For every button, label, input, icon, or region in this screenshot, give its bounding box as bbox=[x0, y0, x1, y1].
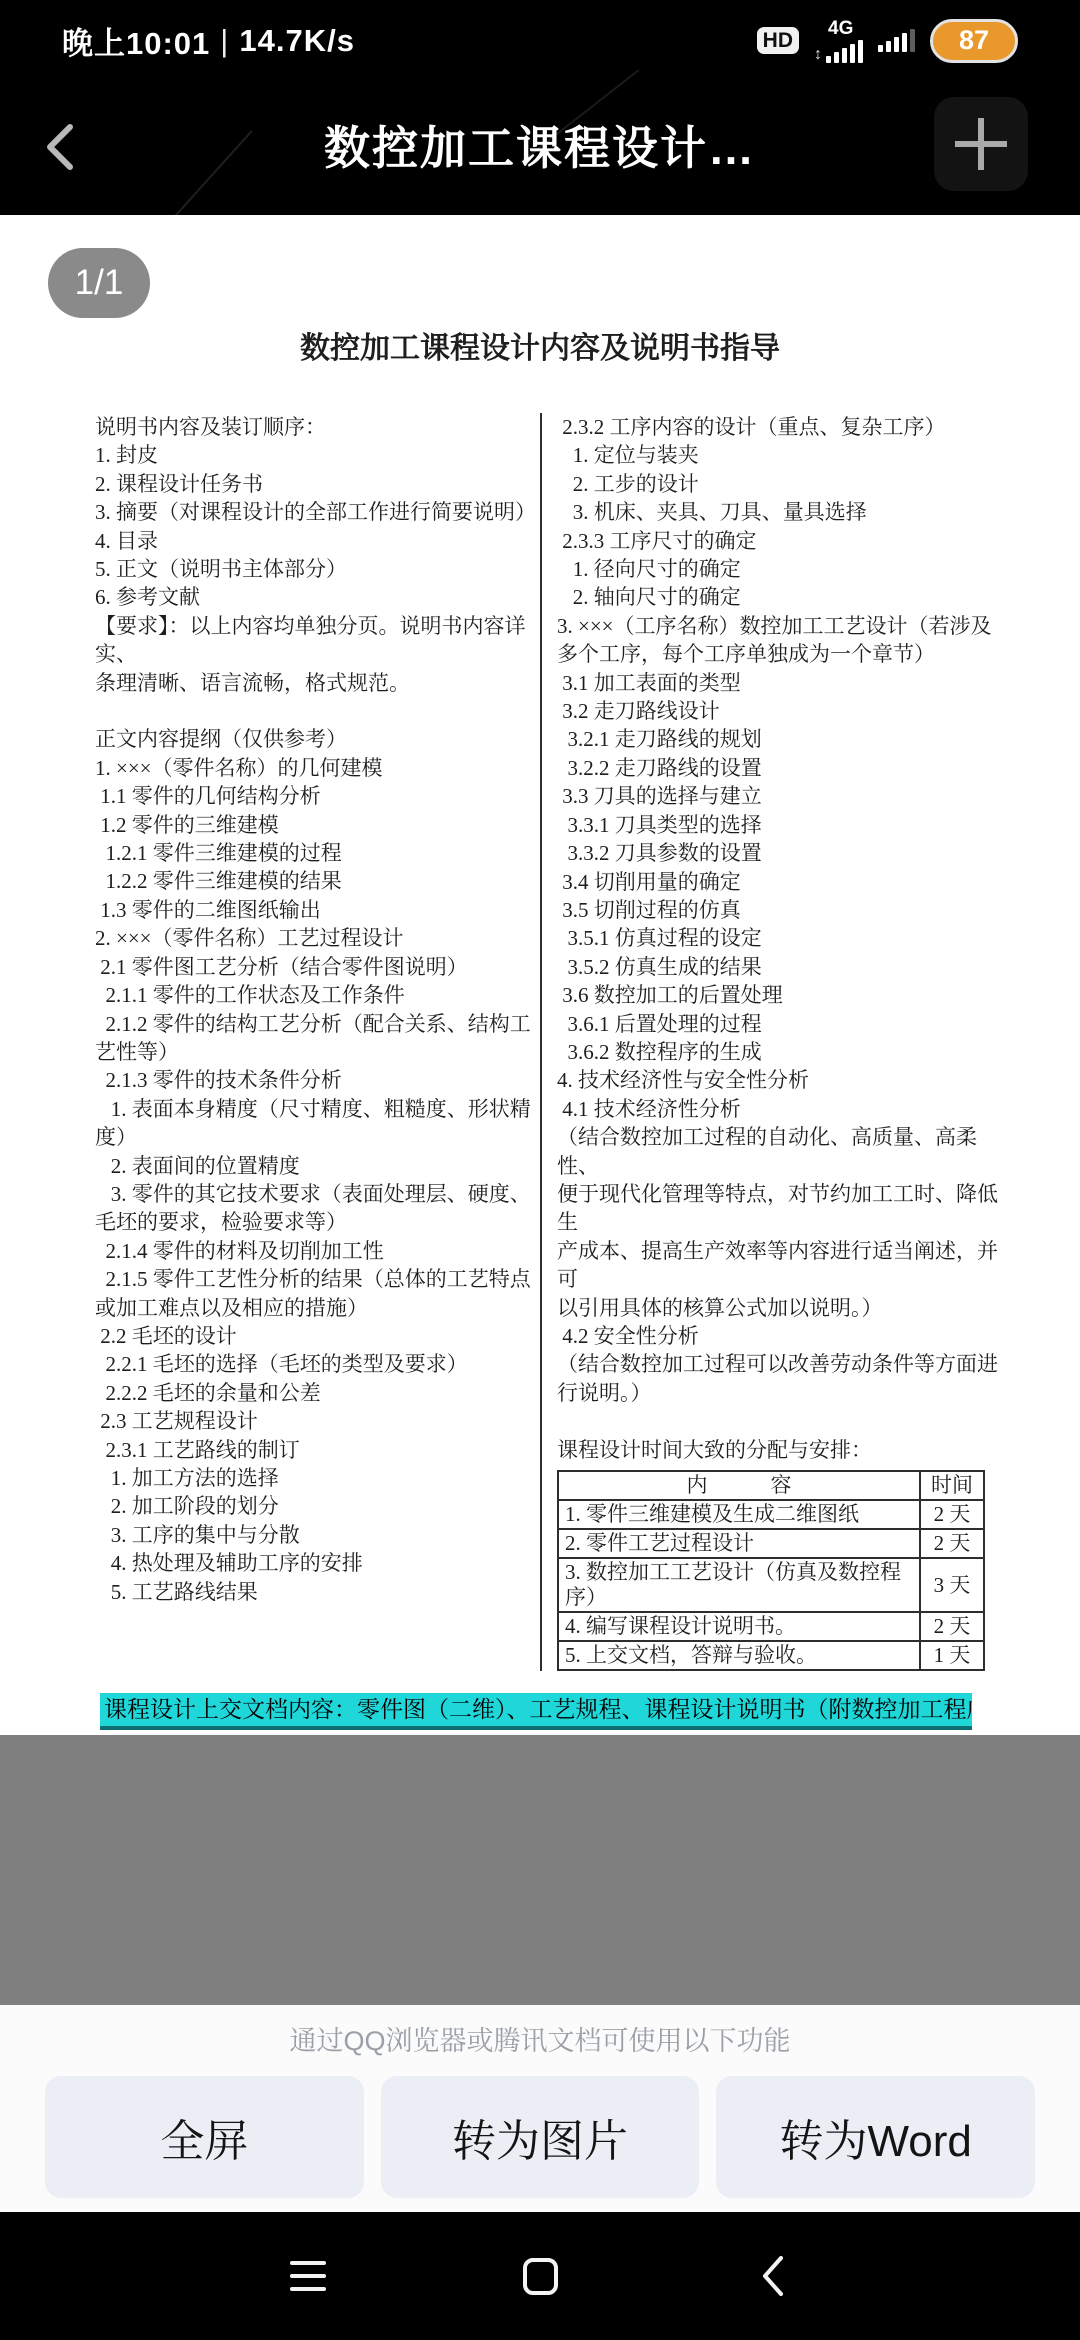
doc-line: 2.2.1 毛坯的选择（毛坯的类型及要求） bbox=[95, 1350, 540, 1378]
doc-line: （结合数控加工过程可以改善劳动条件等方面进 bbox=[557, 1350, 1012, 1378]
doc-line: 3.3 刀具的选择与建立 bbox=[557, 782, 1012, 810]
doc-line: 艺性等） bbox=[95, 1038, 540, 1066]
doc-line: 课程设计时间大致的分配与安排： bbox=[557, 1436, 1012, 1464]
chevron-left-icon bbox=[759, 2254, 785, 2298]
doc-line: 3. 机床、夹具、刀具、量具选择 bbox=[557, 498, 1012, 526]
document-columns: 说明书内容及装订顺序：1. 封皮2. 课程设计任务书3. 摘要（对课程设计的全部… bbox=[0, 413, 1080, 1671]
app-header: 数控加工课程设计… bbox=[0, 75, 1080, 215]
signal-bars-secondary-icon bbox=[878, 29, 915, 52]
doc-line: 度） bbox=[95, 1123, 540, 1151]
doc-line: 3.3.1 刀具类型的选择 bbox=[557, 811, 1012, 839]
hd-icon: HD bbox=[757, 27, 799, 54]
signal-bars-primary-icon: ↕ bbox=[814, 40, 863, 63]
network-type-label: 4G bbox=[828, 19, 863, 38]
doc-line: 说明书内容及装订顺序： bbox=[95, 413, 540, 441]
doc-line: 2. 加工阶段的划分 bbox=[95, 1492, 540, 1520]
plus-icon bbox=[951, 114, 1011, 174]
navigation-bar bbox=[0, 2212, 1080, 2340]
doc-line: 4. 热处理及辅助工序的安排 bbox=[95, 1549, 540, 1577]
table-header-time: 时间 bbox=[920, 1471, 984, 1500]
doc-line: 正文内容提纲（仅供参考） bbox=[95, 725, 540, 753]
home-icon bbox=[523, 2258, 558, 2295]
doc-line: 1. 定位与装夹 bbox=[557, 441, 1012, 469]
doc-line: 3.4 切削用量的确定 bbox=[557, 868, 1012, 896]
status-left: 晚上10:01 | 14.7K/s bbox=[62, 18, 355, 63]
doc-line: 3.3.2 刀具参数的设置 bbox=[557, 839, 1012, 867]
table-cell: 2 天 bbox=[920, 1612, 984, 1641]
home-button[interactable] bbox=[520, 2254, 560, 2298]
nav-back-button[interactable] bbox=[752, 2254, 792, 2298]
schedule-table: 内 容 时间 1. 零件三维建模及生成二维图纸2 天2. 零件工艺过程设计2 天… bbox=[557, 1470, 985, 1671]
doc-line: 3.6.1 后置处理的过程 bbox=[557, 1010, 1012, 1038]
doc-line: 2.3.2 工序内容的设计（重点、复杂工序） bbox=[557, 413, 1012, 441]
document-title: 数控加工课程设计内容及说明书指导 bbox=[0, 215, 1080, 367]
doc-line: 1. 封皮 bbox=[95, 441, 540, 469]
status-separator: | bbox=[220, 23, 229, 59]
right-column: 2.3.2 工序内容的设计（重点、复杂工序） 1. 定位与装夹 2. 工步的设计… bbox=[540, 413, 1012, 1671]
menu-icon bbox=[290, 2261, 326, 2291]
doc-line: 2.2.2 毛坯的余量和公差 bbox=[95, 1379, 540, 1407]
chevron-left-icon bbox=[38, 119, 82, 175]
phone-screen: 晚上10:01 | 14.7K/s HD 4G ↕ 87 bbox=[0, 0, 1080, 2340]
doc-line: 3.5 切削过程的仿真 bbox=[557, 896, 1012, 924]
clock: 晚上10:01 bbox=[62, 18, 210, 63]
doc-line: 1.2 零件的三维建模 bbox=[95, 811, 540, 839]
table-row: 2. 零件工艺过程设计2 天 bbox=[558, 1529, 984, 1558]
battery-icon: 87 bbox=[930, 19, 1018, 63]
table-row: 4. 编写课程设计说明书。2 天 bbox=[558, 1612, 984, 1641]
doc-line: 5. 正文（说明书主体部分） bbox=[95, 555, 540, 583]
doc-line: 2.1.1 零件的工作状态及工作条件 bbox=[95, 981, 540, 1009]
doc-line bbox=[557, 1407, 1012, 1435]
doc-line: 便于现代化管理等特点，对节约加工工时、降低生 bbox=[557, 1180, 1012, 1237]
page-title: 数控加工课程设计… bbox=[324, 112, 756, 178]
doc-line: 【要求】：以上内容均单独分页。说明书内容详实、 bbox=[95, 612, 540, 669]
schedule-table-body: 1. 零件三维建模及生成二维图纸2 天2. 零件工艺过程设计2 天3. 数控加工… bbox=[558, 1500, 984, 1670]
doc-line: 2. 轴向尺寸的确定 bbox=[557, 583, 1012, 611]
doc-line: 3.6.2 数控程序的生成 bbox=[557, 1038, 1012, 1066]
back-button[interactable] bbox=[38, 119, 82, 175]
doc-line: 2.1.4 零件的材料及切削加工性 bbox=[95, 1237, 540, 1265]
status-right: HD 4G ↕ 87 bbox=[757, 19, 1018, 63]
doc-line: 4.1 技术经济性分析 bbox=[557, 1095, 1012, 1123]
doc-line: 3. 零件的其它技术要求（表面处理层、硬度、 bbox=[95, 1180, 540, 1208]
doc-line: 5. 工艺路线结果 bbox=[95, 1578, 540, 1606]
table-cell: 3 天 bbox=[920, 1558, 984, 1612]
doc-line: 1. 径向尺寸的确定 bbox=[557, 555, 1012, 583]
doc-line: 产成本、提高生产效率等内容进行适当阐述，并可 bbox=[557, 1237, 1012, 1294]
table-cell: 2 天 bbox=[920, 1529, 984, 1558]
doc-line: 2. ×××（零件名称）工艺过程设计 bbox=[95, 924, 540, 952]
footer-buttons: 全屏 转为图片 转为Word bbox=[0, 2058, 1080, 2198]
fullscreen-button[interactable]: 全屏 bbox=[45, 2076, 364, 2198]
network-speed: 14.7K/s bbox=[239, 23, 355, 59]
convert-to-image-button[interactable]: 转为图片 bbox=[381, 2076, 700, 2198]
table-header-content: 内 容 bbox=[558, 1471, 920, 1500]
doc-line: 2. 表面间的位置精度 bbox=[95, 1152, 540, 1180]
doc-line: （结合数控加工过程的自动化、高质量、高柔性、 bbox=[557, 1123, 1012, 1180]
table-cell: 2 天 bbox=[920, 1500, 984, 1529]
doc-line: 3.5.2 仿真生成的结果 bbox=[557, 953, 1012, 981]
table-cell: 5. 上交文档，答辩与验收。 bbox=[558, 1641, 920, 1670]
table-row: 5. 上交文档，答辩与验收。1 天 bbox=[558, 1641, 984, 1670]
table-cell: 2. 零件工艺过程设计 bbox=[558, 1529, 920, 1558]
doc-line bbox=[95, 697, 540, 725]
doc-line: 1. ×××（零件名称）的几何建模 bbox=[95, 754, 540, 782]
data-arrows-icon: ↕ bbox=[814, 47, 822, 63]
doc-line: 2.1.2 零件的结构工艺分析（配合关系、结构工 bbox=[95, 1010, 540, 1038]
doc-line: 4.2 安全性分析 bbox=[557, 1322, 1012, 1350]
table-cell: 3. 数控加工工艺设计（仿真及数控程序） bbox=[558, 1558, 920, 1612]
doc-line: 3.2 走刀路线设计 bbox=[557, 697, 1012, 725]
table-cell: 1. 零件三维建模及生成二维图纸 bbox=[558, 1500, 920, 1529]
page-indicator-badge: 1/1 bbox=[48, 248, 150, 318]
doc-line: 1.2.2 零件三维建模的结果 bbox=[95, 867, 540, 895]
doc-line: 2.3.3 工序尺寸的确定 bbox=[557, 527, 1012, 555]
highlighted-note: 课程设计上交文档内容：零件图（二维）、工艺规程、课程设计说明书（附数控加工程序）… bbox=[100, 1693, 972, 1730]
doc-line: 4. 技术经济性与安全性分析 bbox=[557, 1066, 1012, 1094]
doc-line: 6. 参考文献 bbox=[95, 583, 540, 611]
doc-line: 3.2.1 走刀路线的规划 bbox=[557, 725, 1012, 753]
doc-line: 2.3.1 工艺路线的制订 bbox=[95, 1436, 540, 1464]
document-page[interactable]: 1/1 数控加工课程设计内容及说明书指导 说明书内容及装订顺序：1. 封皮2. … bbox=[0, 215, 1080, 1735]
doc-line: 3.2.2 走刀路线的设置 bbox=[557, 754, 1012, 782]
footer-panel: 通过QQ浏览器或腾讯文档可使用以下功能 全屏 转为图片 转为Word bbox=[0, 2005, 1080, 2212]
add-button[interactable] bbox=[934, 97, 1028, 191]
doc-line: 1.1 零件的几何结构分析 bbox=[95, 782, 540, 810]
doc-line: 4. 目录 bbox=[95, 527, 540, 555]
table-cell: 4. 编写课程设计说明书。 bbox=[558, 1612, 920, 1641]
doc-line: 毛坯的要求，检验要求等） bbox=[95, 1208, 540, 1236]
doc-line: 以引用具体的核算公式加以说明。） bbox=[557, 1294, 1012, 1322]
doc-line: 3.1 加工表面的类型 bbox=[557, 669, 1012, 697]
doc-line: 3. 工序的集中与分散 bbox=[95, 1521, 540, 1549]
doc-line: 1.3 零件的二维图纸输出 bbox=[95, 896, 540, 924]
table-row: 3. 数控加工工艺设计（仿真及数控程序）3 天 bbox=[558, 1558, 984, 1612]
doc-line: 3. 摘要（对课程设计的全部工作进行简要说明） bbox=[95, 498, 540, 526]
table-row: 1. 零件三维建模及生成二维图纸2 天 bbox=[558, 1500, 984, 1529]
doc-line: 2.1.5 零件工艺性分析的结果（总体的工艺特点 bbox=[95, 1265, 540, 1293]
cellular-signal-icon: 4G ↕ bbox=[814, 19, 863, 63]
doc-line: 2. 课程设计任务书 bbox=[95, 470, 540, 498]
footer-hint: 通过QQ浏览器或腾讯文档可使用以下功能 bbox=[0, 2005, 1080, 2058]
status-bar: 晚上10:01 | 14.7K/s HD 4G ↕ 87 bbox=[0, 0, 1080, 75]
doc-line: 2.3 工艺规程设计 bbox=[95, 1407, 540, 1435]
convert-to-word-button[interactable]: 转为Word bbox=[716, 2076, 1035, 2198]
doc-line: 2.2 毛坯的设计 bbox=[95, 1322, 540, 1350]
doc-line: 或加工难点以及相应的措施） bbox=[95, 1294, 540, 1322]
doc-line: 条理清晰、语言流畅，格式规范。 bbox=[95, 669, 540, 697]
doc-line: 多个工序，每个工序单独成为一个章节） bbox=[557, 640, 1012, 668]
left-column: 说明书内容及装订顺序：1. 封皮2. 课程设计任务书3. 摘要（对课程设计的全部… bbox=[95, 413, 540, 1671]
doc-line: 2. 工步的设计 bbox=[557, 470, 1012, 498]
table-cell: 1 天 bbox=[920, 1641, 984, 1670]
battery-percent: 87 bbox=[959, 25, 989, 56]
doc-line: 1. 加工方法的选择 bbox=[95, 1464, 540, 1492]
page-backdrop bbox=[0, 1735, 1080, 2005]
doc-line: 行说明。） bbox=[557, 1379, 1012, 1407]
doc-line: 3. ×××（工序名称）数控加工工艺设计（若涉及 bbox=[557, 612, 1012, 640]
table-header-row: 内 容 时间 bbox=[558, 1471, 984, 1500]
doc-line: 3.6 数控加工的后置处理 bbox=[557, 981, 1012, 1009]
doc-line: 3.5.1 仿真过程的设定 bbox=[557, 924, 1012, 952]
doc-line: 2.1 零件图工艺分析（结合零件图说明） bbox=[95, 953, 540, 981]
doc-line: 1. 表面本身精度（尺寸精度、粗糙度、形状精 bbox=[95, 1095, 540, 1123]
doc-line: 2.1.3 零件的技术条件分析 bbox=[95, 1066, 540, 1094]
recents-button[interactable] bbox=[288, 2254, 328, 2298]
right-column-lines: 2.3.2 工序内容的设计（重点、复杂工序） 1. 定位与装夹 2. 工步的设计… bbox=[557, 413, 1012, 1464]
doc-line: 1.2.1 零件三维建模的过程 bbox=[95, 839, 540, 867]
